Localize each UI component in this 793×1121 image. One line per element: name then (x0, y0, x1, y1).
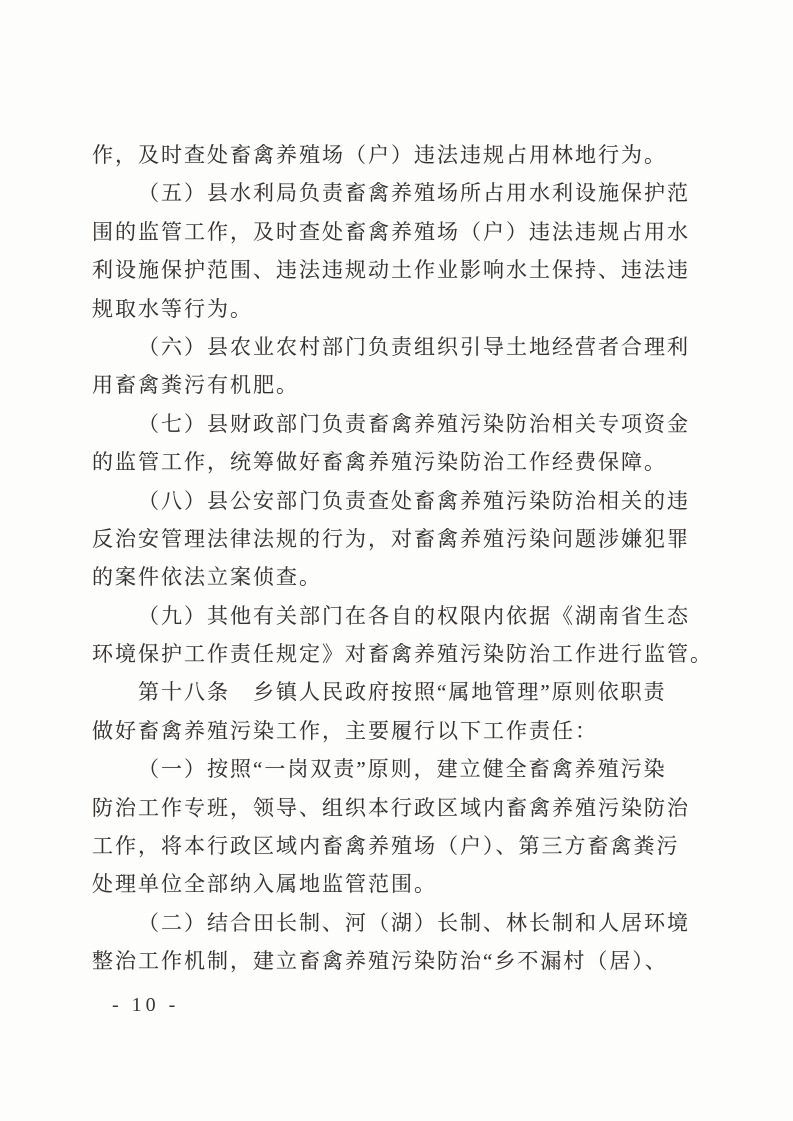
text-line: 工作，将本行政区域内畜禽养殖场（户）、第三方畜禽粪污 (92, 827, 698, 865)
text-line: 环境保护工作责任规定》对畜禽养殖污染防治工作进行监管。 (92, 635, 698, 673)
text-line: （五）县水利局负责畜禽养殖场所占用水利设施保护范 (92, 174, 698, 212)
text-line: （一）按照“一岗双责”原则，建立健全畜禽养殖污染 (92, 750, 698, 788)
text-line: 用畜禽粪污有机肥。 (92, 366, 698, 404)
text-line: 反治安管理法律法规的行为，对畜禽养殖污染问题涉嫌犯罪 (92, 520, 698, 558)
page-number: - 10 - (112, 994, 179, 1017)
text-line: 的监管工作，统筹做好畜禽养殖污染防治工作经费保障。 (92, 443, 698, 481)
text-line: 处理单位全部纳入属地监管范围。 (92, 865, 698, 903)
text-line: 做好畜禽养殖污染工作，主要履行以下工作责任： (92, 712, 698, 750)
document-page: 作，及时查处畜禽养殖场（户）违法违规占用林地行为。（五）县水利局负责畜禽养殖场所… (0, 0, 793, 1121)
text-line: （七）县财政部门负责畜禽养殖污染防治相关专项资金 (92, 405, 698, 443)
text-line: 作，及时查处畜禽养殖场（户）违法违规占用林地行为。 (92, 136, 698, 174)
text-line: （九）其他有关部门在各自的权限内依据《湖南省生态 (92, 597, 698, 635)
text-line: 的案件依法立案侦查。 (92, 558, 698, 596)
text-line: （六）县农业农村部门负责组织引导土地经营者合理利 (92, 328, 698, 366)
text-line: 利设施保护范围、违法违规动土作业影响水土保持、违法违 (92, 251, 698, 289)
text-line: 规取水等行为。 (92, 290, 698, 328)
text-line: （二）结合田长制、河（湖）长制、林长制和人居环境 (92, 904, 698, 942)
text-line: 整治工作机制，建立畜禽养殖污染防治“乡不漏村（居）、 (92, 942, 698, 980)
text-line: 围的监管工作，及时查处畜禽养殖场（户）违法违规占用水 (92, 213, 698, 251)
text-line: 第十八条 乡镇人民政府按照“属地管理”原则依职责 (92, 673, 698, 711)
text-line: 防治工作专班，领导、组织本行政区域内畜禽养殖污染防治 (92, 789, 698, 827)
text-line: （八）县公安部门负责查处畜禽养殖污染防治相关的违 (92, 482, 698, 520)
document-text: 作，及时查处畜禽养殖场（户）违法违规占用林地行为。（五）县水利局负责畜禽养殖场所… (92, 136, 698, 981)
